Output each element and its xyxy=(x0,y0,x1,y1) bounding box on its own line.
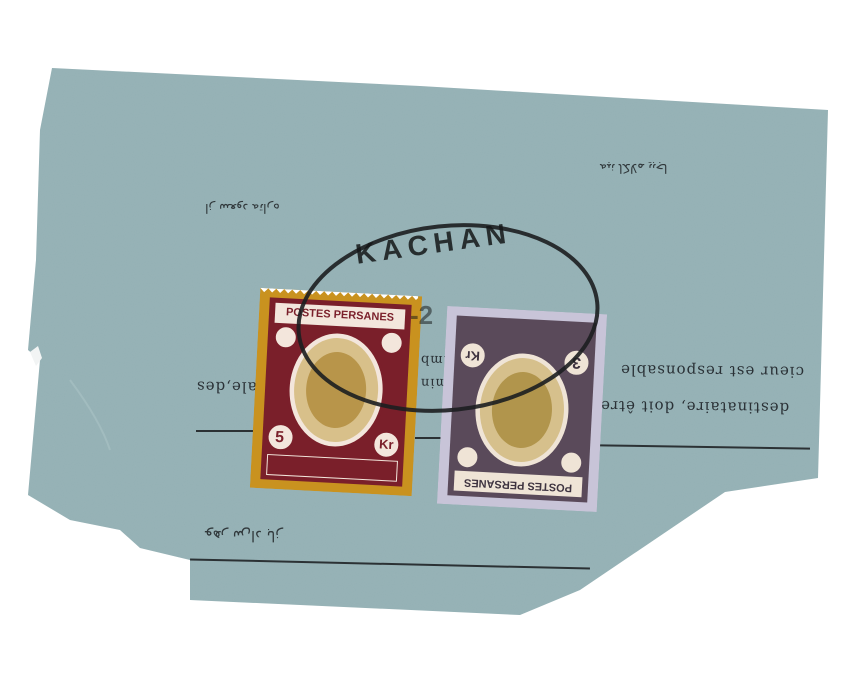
kachan-postmark-ring xyxy=(0,0,850,700)
postmark-date: -2 xyxy=(410,300,433,331)
